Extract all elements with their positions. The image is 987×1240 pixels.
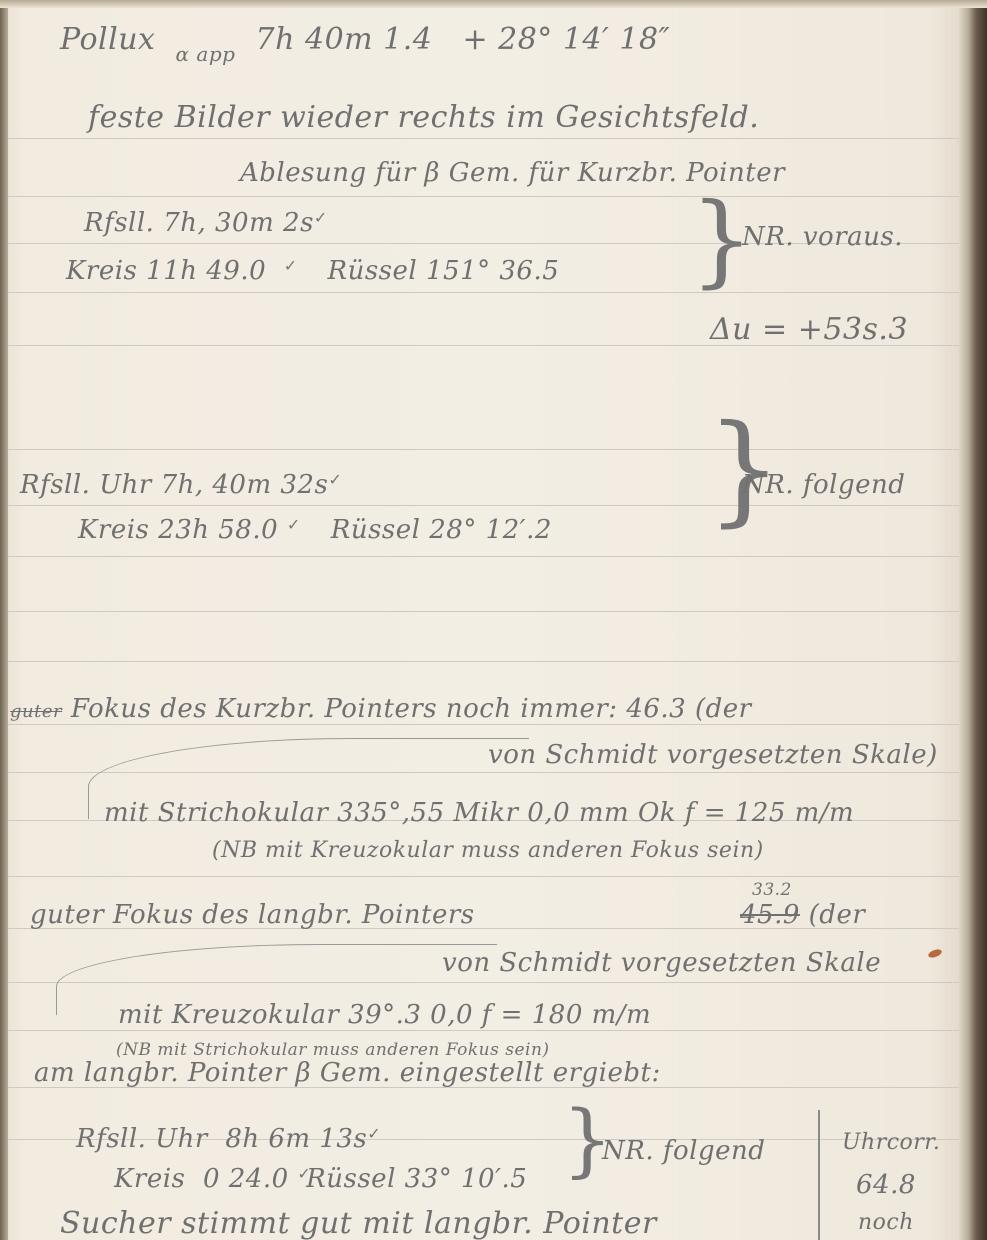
check-mark-icon: ✓ bbox=[314, 208, 328, 227]
focus1-line1: guter Fokus des Kurzbr. Pointers noch im… bbox=[10, 694, 752, 724]
row-label: Rfsll. Uhr bbox=[76, 1124, 208, 1154]
star-name: Pollux bbox=[60, 22, 155, 57]
row-label: Kreis bbox=[66, 256, 137, 286]
row-label: Kreis bbox=[78, 515, 149, 545]
margin-note: Uhrcorr. bbox=[842, 1130, 940, 1155]
check-mark-icon: ✓ bbox=[297, 1164, 311, 1183]
notebook-page: Pollux α app 7h 40m 1.4 + 28° 14′ 18″ fe… bbox=[0, 0, 987, 1240]
focus2-value: 45.9 (der bbox=[740, 900, 865, 930]
last-line: Sucher stimmt gut mit langbr. Pointer bbox=[60, 1206, 657, 1240]
check-mark-icon: ✓ bbox=[367, 1124, 381, 1143]
focus-text: von Schmidt vorgesetzten Skale) bbox=[488, 740, 938, 770]
row-label: Rfsll. Uhr bbox=[20, 470, 152, 500]
focus-nb-note: (NB mit Strichokular muss anderen Fokus … bbox=[116, 1040, 550, 1060]
focus-text: (der bbox=[809, 900, 866, 930]
margin-divider bbox=[818, 1110, 820, 1240]
ruled-line bbox=[8, 1030, 959, 1031]
block2-row2: Kreis 23h 58.0 ✓ Rüssel 28° 12′.2 bbox=[78, 515, 552, 545]
row-label: Rfsll. bbox=[84, 208, 154, 238]
ruled-line bbox=[8, 449, 959, 450]
note-line: feste Bilder wieder rechts im Gesichtsfe… bbox=[88, 100, 759, 135]
struck-word: guter bbox=[10, 701, 62, 722]
row-extra-label: Rüssel bbox=[328, 256, 418, 286]
block1-row1: Rfsll. 7h, 30m 2s ✓ bbox=[84, 208, 314, 238]
margin-note-value: 64.8 bbox=[856, 1170, 916, 1200]
clock-correction-result: Δu = +53s.3 bbox=[710, 312, 908, 347]
focus-text: guter Fokus des langbr. Pointers bbox=[30, 900, 475, 930]
ruled-line bbox=[8, 138, 959, 139]
corrected-value: 33.2 bbox=[752, 880, 792, 900]
ruled-line bbox=[8, 292, 959, 293]
page-top-edge bbox=[0, 0, 987, 8]
margin-note: noch bbox=[858, 1210, 914, 1235]
focus-measurement: mit Strichokular 335°,55 Mikr 0,0 mm Ok … bbox=[104, 798, 854, 828]
check-mark-icon: ✓ bbox=[328, 470, 342, 489]
alpha-label: α app bbox=[176, 42, 236, 66]
ruled-line bbox=[8, 556, 959, 557]
row-extra-value: 28° 12′.2 bbox=[429, 515, 552, 545]
check-mark-icon: ✓ bbox=[284, 256, 298, 275]
ruled-line bbox=[8, 611, 959, 612]
block3-row1: Rfsll. Uhr 8h 6m 13s ✓ bbox=[76, 1124, 367, 1154]
right-ascension: 7h 40m 1.4 bbox=[256, 22, 433, 57]
row-value: 7h, 30m 2s bbox=[163, 208, 314, 238]
ink-stain bbox=[927, 948, 943, 959]
row-value: 8h 6m 13s bbox=[225, 1124, 367, 1154]
focus-text: Fokus des Kurzbr. Pointers noch immer: 4… bbox=[71, 694, 752, 724]
block1-row2: Kreis 11h 49.0 ✓ Rüssel 151° 36.5 bbox=[66, 256, 559, 286]
row-label: Kreis bbox=[114, 1164, 185, 1194]
direction-note: NR. folgend bbox=[602, 1136, 765, 1166]
row-value: 7h, 40m 32s bbox=[161, 470, 329, 500]
block3-row2: Kreis 0 24.0 ✓ Rüssel 33° 10′.5 bbox=[114, 1164, 527, 1194]
block2-row1: Rfsll. Uhr 7h, 40m 32s ✓ bbox=[20, 470, 328, 500]
row-value: 23h 58.0 bbox=[158, 515, 278, 545]
ruled-line bbox=[8, 196, 959, 197]
row-value: 11h 49.0 bbox=[146, 256, 266, 286]
row-extra-label: Rüssel bbox=[331, 515, 421, 545]
row-extra-label: Rüssel bbox=[306, 1164, 396, 1194]
star-heading: Pollux α app 7h 40m 1.4 + 28° 14′ 18″ bbox=[60, 22, 670, 57]
ruled-line bbox=[8, 876, 959, 877]
ruled-line bbox=[8, 724, 959, 725]
focus-nb-note: (NB mit Kreuzokular muss anderen Fokus s… bbox=[212, 838, 764, 863]
check-mark-icon: ✓ bbox=[287, 515, 301, 534]
direction-note: NR. voraus. bbox=[742, 222, 903, 252]
declination: + 28° 14′ 18″ bbox=[462, 22, 670, 57]
ruled-line bbox=[8, 505, 959, 506]
row-extra-value: 33° 10′.5 bbox=[405, 1164, 528, 1194]
ruled-line bbox=[8, 661, 959, 662]
struck-value: 45.9 bbox=[740, 900, 800, 930]
focus-measurement: mit Kreuzokular 39°.3 0,0 f = 180 m/m bbox=[118, 1000, 651, 1030]
row-value: 0 24.0 bbox=[203, 1164, 289, 1194]
row-extra-value: 151° 36.5 bbox=[426, 256, 559, 286]
focus-text: von Schmidt vorgesetzten Skale bbox=[442, 948, 881, 978]
direction-note: NR. folgend bbox=[742, 470, 905, 500]
setup-line: am langbr. Pointer β Gem. eingestellt er… bbox=[34, 1058, 661, 1088]
